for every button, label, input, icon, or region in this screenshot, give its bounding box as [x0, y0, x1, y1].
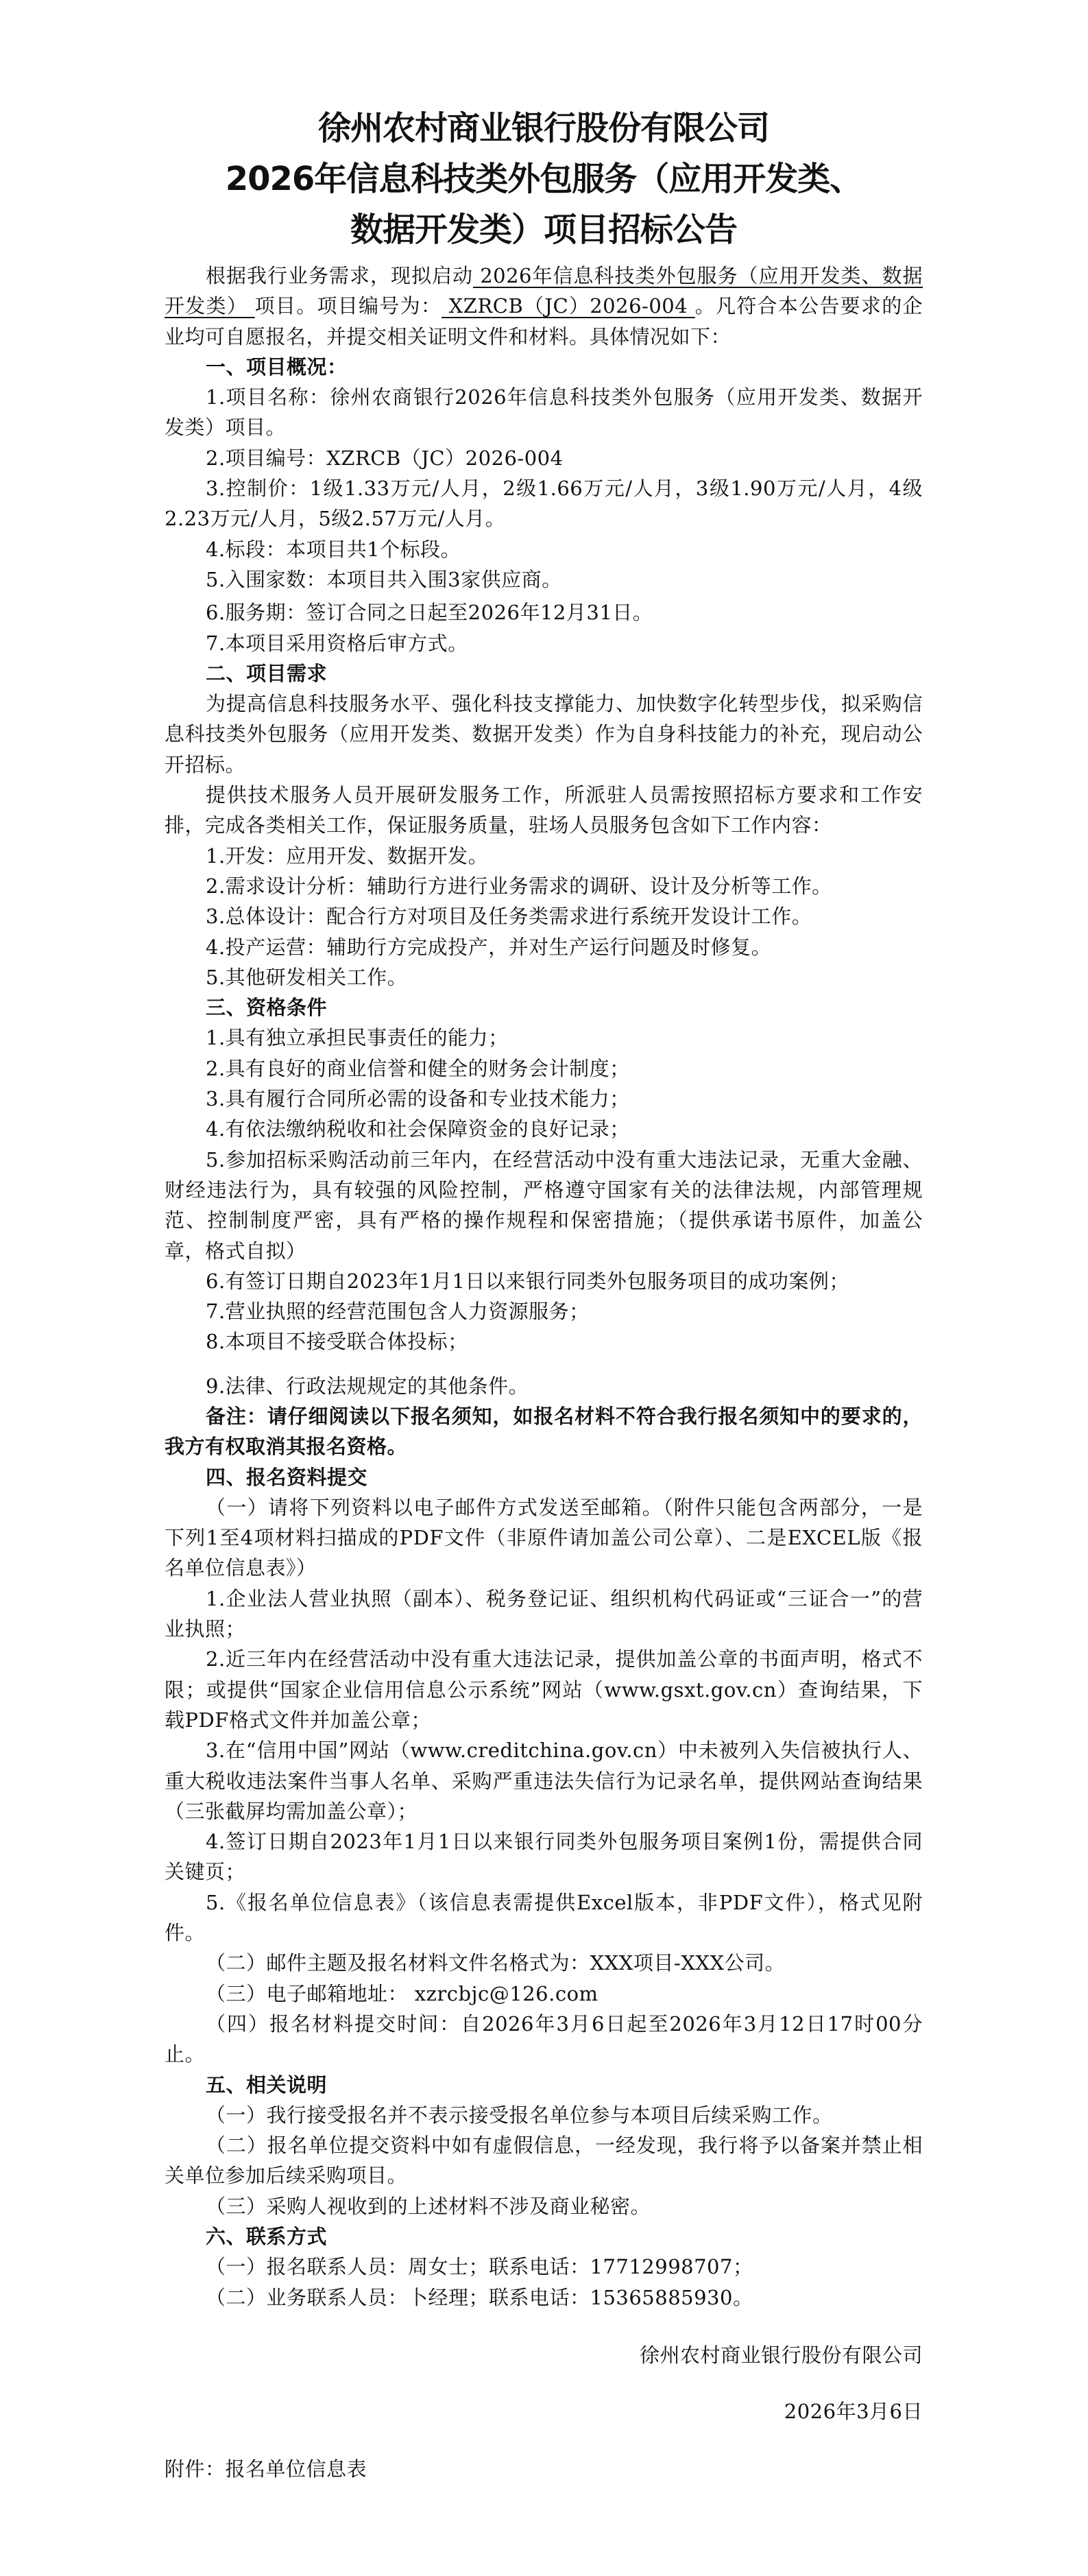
list-item: 9.法律、行政法规规定的其他条件。	[165, 1371, 923, 1401]
list-item: 5.其他研发相关工作。	[165, 962, 923, 992]
list-item: 3.控制价：1级1.33万元/人月，2级1.66万元/人月，3级1.90万元/人…	[165, 473, 923, 534]
list-item: 2.需求设计分析：辅助行方进行业务需求的调研、设计及分析等工作。	[165, 871, 923, 901]
list-item: 6.有签订日期自2023年1月1日以来银行同类外包服务项目的成功案例；	[165, 1266, 923, 1296]
section-heading-contacts: 六、联系方式	[165, 2221, 923, 2252]
paragraph: 提供技术服务人员开展研发服务工作，所派驻人员需按照招标方要求和工作安排，完成各类…	[165, 780, 923, 841]
section-heading-qualifications: 三、资格条件	[165, 992, 923, 1023]
note-bold: 备注：请仔细阅读以下报名须知，如报名材料不符合我行报名须知中的要求的，我方有权取…	[165, 1401, 923, 1462]
title-line-3: 数据开发类）项目招标公告	[165, 204, 923, 255]
email-line: （三）电子邮箱地址： xzrcbjc@126.com	[165, 1979, 923, 2009]
list-item: 4.投产运营：辅助行方完成投产，并对生产运行问题及时修复。	[165, 932, 923, 962]
list-item: 3.总体设计：配合行方对项目及任务类需求进行系统开发设计工作。	[165, 901, 923, 931]
list-item: 7.营业执照的经营范围包含人力资源服务；	[165, 1296, 923, 1326]
paragraph: （四）报名材料提交时间：自2026年3月6日起至2026年3月12日17时00分…	[165, 2009, 923, 2070]
section-heading-notes: 五、相关说明	[165, 2070, 923, 2100]
list-item: 4.签订日期自2023年1月1日以来银行同类外包服务项目案例1份，需提供合同关键…	[165, 1826, 923, 1887]
list-item: 1.企业法人营业执照（副本）、税务登记证、组织机构代码证或“三证合一”的营业执照…	[165, 1584, 923, 1645]
spacer	[165, 1357, 923, 1371]
section-heading-submission: 四、报名资料提交	[165, 1462, 923, 1492]
list-item: 3.具有履行合同所必需的设备和专业技术能力；	[165, 1084, 923, 1114]
signature-org: 徐州农村商业银行股份有限公司	[165, 2340, 923, 2370]
list-item: （一）我行接受报名并不表示接受报名单位参与本项目后续采购工作。	[165, 2100, 923, 2130]
list-item: 1.项目名称：徐州农商银行2026年信息科技类外包服务（应用开发类、数据开发类）…	[165, 382, 923, 443]
project-code-underlined: XZRCB（JC）2026-004	[442, 294, 695, 318]
email-label: （三）电子邮箱地址：	[206, 1982, 408, 2005]
intro-paragraph: 根据我行业务需求，现拟启动 2026年信息科技类外包服务（应用开发类、数据开发类…	[165, 261, 923, 352]
list-item: 5.入围家数：本项目共入围3家供应商。	[165, 564, 923, 595]
list-item: 2.项目编号：XZRCB（JC）2026-004	[165, 443, 923, 473]
list-item: 2.具有良好的商业信誉和健全的财务会计制度；	[165, 1053, 923, 1084]
list-item: 4.有依法缴纳税收和社会保障资金的良好记录；	[165, 1114, 923, 1144]
section-heading-requirements: 二、项目需求	[165, 658, 923, 689]
list-item: 1.开发：应用开发、数据开发。	[165, 841, 923, 871]
email-address-link[interactable]: xzrcbjc@126.com	[415, 1982, 599, 2005]
attachment-link[interactable]: 附件：报名单位信息表	[165, 2454, 923, 2484]
intro-text: 项目。项目编号为：	[255, 294, 442, 318]
contact-item: （一）报名联系人员：周女士；联系电话：17712998707；	[165, 2252, 923, 2282]
list-item: 2.近三年内在经营活动中没有重大违法记录，提供加盖公章的书面声明，格式不限；或提…	[165, 1644, 923, 1735]
list-item: （二）报名单位提交资料中如有虚假信息，一经发现，我行将予以备案并禁止相关单位参加…	[165, 2130, 923, 2191]
list-item: 7.本项目采用资格后审方式。	[165, 628, 923, 658]
list-item: 3.在“信用中国”网站（www.creditchina.gov.cn）中未被列入…	[165, 1735, 923, 1826]
list-item: 6.服务期：签订合同之日起至2026年12月31日。	[165, 597, 923, 628]
signature-date: 2026年3月6日	[165, 2396, 923, 2426]
contact-item: （二）业务联系人员：卜经理；联系电话：15365885930。	[165, 2282, 923, 2313]
paragraph: 为提高信息科技服务水平、强化科技支撑能力、加快数字化转型步伐，拟采购信息科技类外…	[165, 689, 923, 780]
title-line-1: 徐州农村商业银行股份有限公司	[165, 103, 923, 154]
list-item: 8.本项目不接受联合体投标；	[165, 1326, 923, 1357]
list-item: 4.标段：本项目共1个标段。	[165, 534, 923, 564]
paragraph: （二）邮件主题及报名材料文件名格式为：XXX项目-XXX公司。	[165, 1948, 923, 1978]
section-heading-overview: 一、项目概况：	[165, 352, 923, 382]
list-item: （三）采购人视收到的上述材料不涉及商业秘密。	[165, 2191, 923, 2221]
document-title: 徐州农村商业银行股份有限公司 2026年信息科技类外包服务（应用开发类、 数据开…	[165, 103, 923, 255]
paragraph: （一）请将下列资料以电子邮件方式发送至邮箱。（附件只能包含两部分，一是下列1至4…	[165, 1492, 923, 1584]
title-line-2: 2026年信息科技类外包服务（应用开发类、	[165, 154, 923, 204]
list-item: 5.《报名单位信息表》（该信息表需提供Excel版本，非PDF文件），格式见附件…	[165, 1887, 923, 1948]
list-item: 1.具有独立承担民事责任的能力；	[165, 1023, 923, 1053]
intro-text: 根据我行业务需求，现拟启动	[206, 264, 473, 287]
announcement-document: 徐州农村商业银行股份有限公司 2026年信息科技类外包服务（应用开发类、 数据开…	[165, 103, 923, 2485]
list-item: 5.参加招标采购活动前三年内，在经营活动中没有重大违法记录，无重大金融、财经违法…	[165, 1145, 923, 1266]
